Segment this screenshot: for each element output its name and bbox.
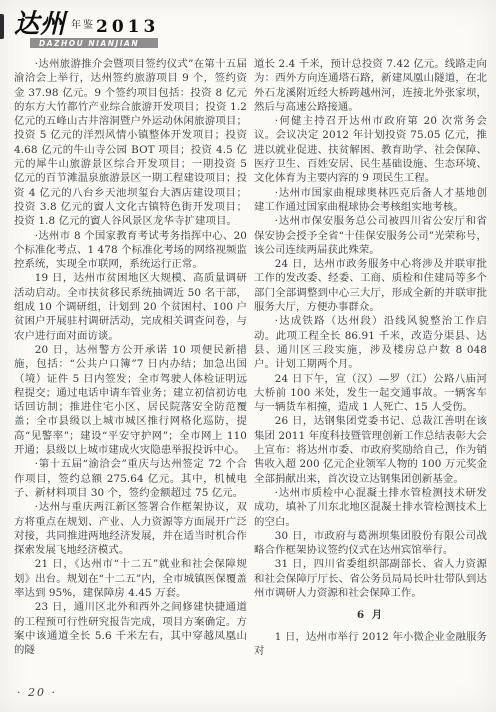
- month-section-heading: 6 月: [254, 608, 487, 622]
- paragraph: 23 日，通川区北外和西外之间修建快捷通道的工程预可行性研究报告完成，项目方案确…: [14, 600, 247, 657]
- paragraph: 21 日，《达州市“十二五”就业和社会保障规划》出台。规划在“十二五”内，全市城…: [14, 557, 247, 600]
- paragraph: 1 日，达州市举行 2012 年小微企业金融服务对: [254, 630, 487, 659]
- paragraph: 26 日，达钢集团党委书记、总裁江善明在该集团 2011 年度科技暨管理创新工作…: [254, 414, 487, 485]
- logo-title-en: DAZHOU NIANJIAN: [30, 39, 139, 48]
- logo-gray-bar: DAZHOU NIANJIAN: [30, 38, 158, 48]
- text-columns: ·达州旅游推介会暨项目签约仪式”在第十五届渝洽会上举行，达州签约旅游项目 9 个…: [14, 57, 487, 658]
- paragraph: 24 日下午，宣（汉）—罗（江）公路八庙河大桥前 100 米处，发生一起交通事故…: [254, 372, 487, 415]
- left-column: ·达州旅游推介会暨项目签约仪式”在第十五届渝洽会上举行，达州签约旅游项目 9 个…: [14, 57, 247, 658]
- paragraph: ·何健主持召开达州市政府第 20 次常务会议。会议决定 2012 年计划投资 7…: [254, 114, 487, 185]
- paragraph: ·达州市 8 个国家教育考试考务指挥中心、20 个标准化考点、1 478 个标准…: [14, 229, 247, 272]
- page-number: · 20 ·: [17, 686, 57, 699]
- logo-row: 达州 年鉴 2013: [14, 11, 214, 36]
- paragraph: ·达州市保安服务总公司被四川省公安厅和省保安协会授予全省“十佳保安服务公司”光荣…: [254, 214, 487, 257]
- paragraph-continuation: 道长 2.4 千米，预计总投资 7.42 亿元。线路走向为：西外方向连通塔石路，…: [254, 57, 487, 114]
- paragraph: ·达成铁路（达州段）沿线风貌整治工作启动。此项工程全长 86.91 千米，改造分…: [254, 314, 487, 371]
- logo-year: 2013: [96, 19, 159, 36]
- paragraph: ·第十五届“渝洽会”重庆与达州签定 72 个合作项目，签约总额 275.64 亿…: [14, 457, 247, 500]
- scan-edge-mark: [0, 14, 4, 39]
- masthead: 达州 年鉴 2013 DAZHOU NIANJIAN: [14, 11, 214, 48]
- right-column: 道长 2.4 千米，预计总投资 7.42 亿元。线路走向为：西外方向连通塔石路，…: [254, 57, 487, 658]
- paragraph: ·达州市国家曲棍球奥林匹克后备人才基地创建工作通过国家曲棍球协会考核组实地考核。: [254, 186, 487, 215]
- paragraph: ·达州市质检中心混凝土排水管检测技术研发成功，填补了川东北地区混凝土排水管检测技…: [254, 486, 487, 529]
- paragraph: 24 日，达州市政务服务中心将涉及并联审批工作的发改委、经委、工商、质检和住建局…: [254, 257, 487, 314]
- logo-title-cn: 达州: [14, 10, 66, 36]
- paragraph: 31 日，四川省委组织部副部长、省人力资源和社会保障厅厅长、省公务员局局长叶壮带…: [254, 557, 487, 600]
- paragraph: 30 日，市政府与葛洲坝集团股份有限公司战略合作框架协议签约仪式在达州宾馆举行。: [254, 529, 487, 558]
- paragraph: 19 日，达州市贫困地区大规模、高质量调研活动启动。全市扶贫移民系统抽调近 50…: [14, 271, 247, 342]
- paragraph: 20 日，达州警方公开承诺 10 项便民新措施，包括：“公共户口簿”7 日内办结…: [14, 343, 247, 457]
- yearbook-page: 达州 年鉴 2013 DAZHOU NIANJIAN ·达州旅游推介会暨项目签约…: [0, 0, 496, 712]
- paragraph: ·达州旅游推介会暨项目签约仪式”在第十五届渝洽会上举行，达州签约旅游项目 9 个…: [14, 57, 247, 229]
- logo-subtitle-cn: 年鉴: [71, 21, 95, 31]
- paragraph: ·达州与重庆两江新区签署合作框架协议，双方将重点在规划、产业、人力资源等方面展开…: [14, 500, 247, 557]
